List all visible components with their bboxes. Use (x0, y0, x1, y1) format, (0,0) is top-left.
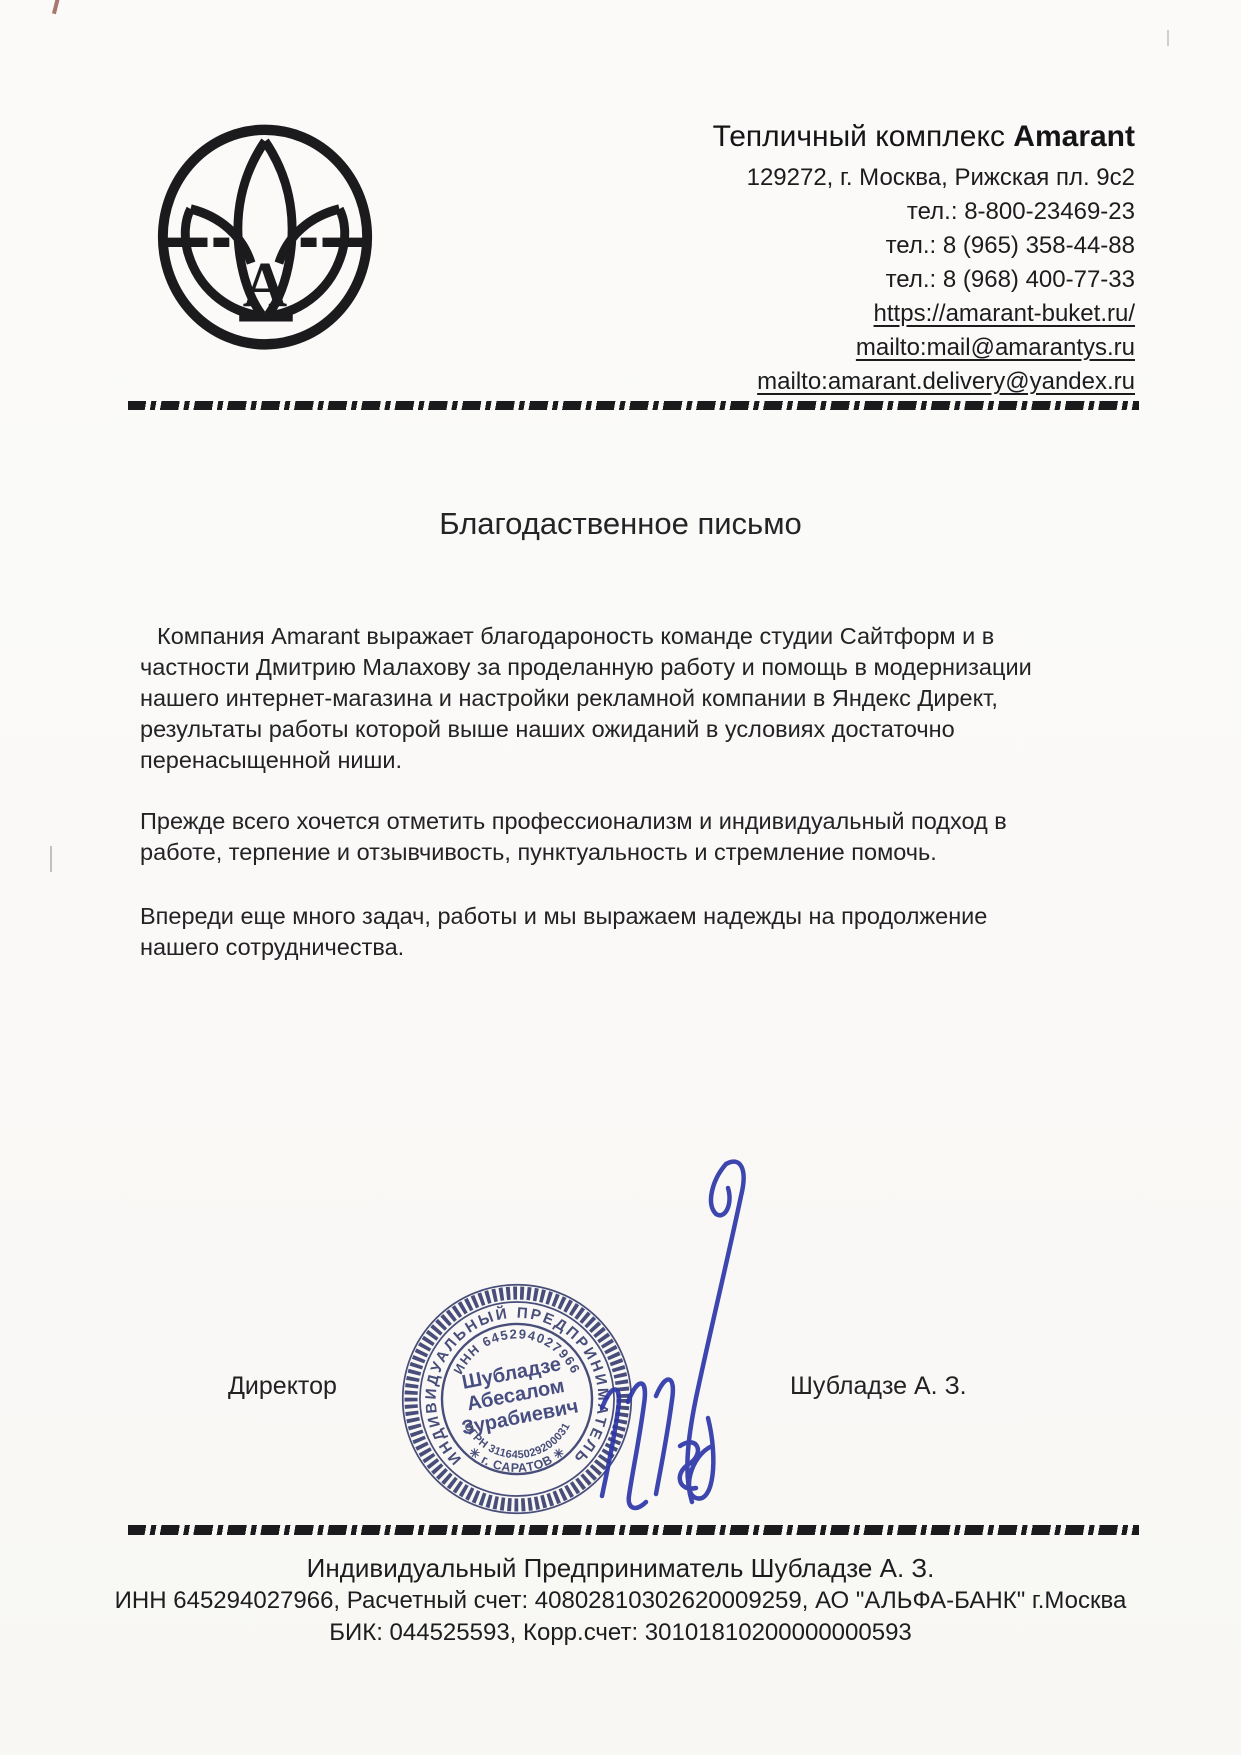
phone-line-1: тел.: 8-800-23469-23 (495, 195, 1135, 229)
amarant-lotus-logo: А (146, 110, 384, 360)
header-divider (128, 401, 1139, 410)
svg-text:А: А (243, 248, 288, 320)
footer-divider (128, 1525, 1139, 1535)
email-link-2[interactable]: mailto:amarant.delivery@yandex.ru (495, 365, 1135, 399)
logo-letter-a: А (239, 248, 293, 320)
website-link[interactable]: https://amarant-buket.ru/ (495, 297, 1135, 331)
email-link-1[interactable]: mailto:mail@amarantys.ru (495, 331, 1135, 365)
scanned-letter-page: А Тепличный комплекс Amarant 129272, г. … (0, 0, 1241, 1755)
signer-name-label: Шубладзе А. З. (790, 1372, 967, 1401)
footer-account-line: ИНН 645294027966, Расчетный счет: 408028… (0, 1585, 1241, 1617)
director-label: Директор (228, 1372, 337, 1401)
scan-artifact (50, 846, 52, 872)
handwritten-signature (568, 1146, 778, 1518)
letter-body: Компания Amarant выражает благодароность… (140, 621, 1040, 963)
scan-artifact (1167, 30, 1169, 46)
company-brand: Amarant (1013, 120, 1135, 153)
scan-artifact (52, 0, 60, 14)
paragraph-3: Впереди еще много задач, работы и мы выр… (140, 901, 1040, 963)
company-prefix: Тепличный комплекс (713, 120, 1014, 153)
letter-title: Благодаственное письмо (0, 506, 1241, 542)
header-contacts: Тепличный комплекс Amarant 129272, г. Мо… (495, 117, 1135, 399)
paragraph-2: Прежде всего хочется отметить профессион… (140, 806, 1040, 868)
footer-requisites: Индивидуальный Предприниматель Шубладзе … (0, 1552, 1241, 1649)
footer-entrepreneur-line: Индивидуальный Предприниматель Шубладзе … (0, 1552, 1241, 1584)
company-address: 129272, г. Москва, Рижская пл. 9с2 (495, 161, 1135, 195)
paragraph-1: Компания Amarant выражает благодароность… (140, 621, 1040, 776)
phone-line-2: тел.: 8 (965) 358-44-88 (495, 229, 1135, 263)
footer-bik-line: БИК: 044525593, Корр.счет: 3010181020000… (0, 1617, 1241, 1649)
phone-line-3: тел.: 8 (968) 400-77-33 (495, 263, 1135, 297)
company-name: Тепличный комплекс Amarant (495, 117, 1135, 157)
